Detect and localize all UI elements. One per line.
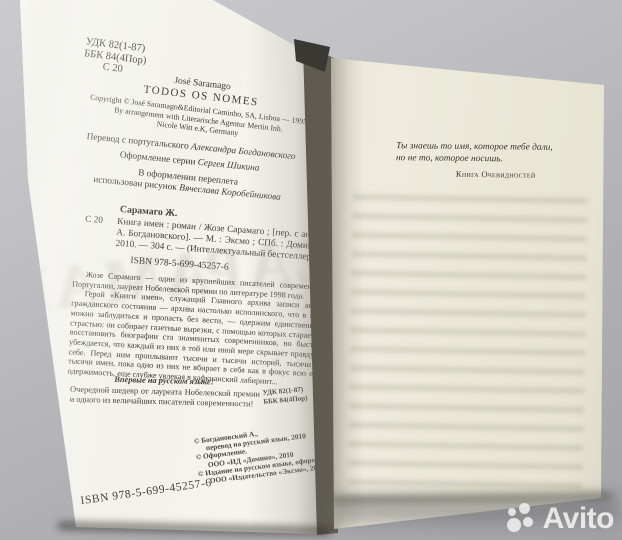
series-design-label: Оформление серии bbox=[119, 150, 198, 167]
book-photo-scene: САРАМАГО УДК 82(1-87) ББК 84(4Пор) С 20 … bbox=[0, 0, 622, 540]
isbn-bottom: ISBN 978-5-699-45257-6 bbox=[80, 477, 213, 507]
avito-wordmark: Avito bbox=[543, 504, 614, 534]
page-bleedthrough-lines bbox=[347, 194, 587, 504]
epigraph-line-2: но не то, которое носишь. bbox=[396, 153, 553, 166]
avito-circle-right bbox=[523, 517, 533, 527]
avito-circle-small bbox=[508, 508, 516, 516]
epigraph-block: Ты знаешь то имя, которое тебе дали, но … bbox=[396, 141, 553, 181]
epigraph-source: Книга Очевидностей bbox=[456, 169, 553, 182]
catalog-code: С 20 bbox=[83, 215, 117, 250]
epigraph-line-1: Ты знаешь то имя, которое тебе дали, bbox=[396, 141, 553, 154]
avito-circle-large bbox=[507, 518, 521, 532]
avito-logo-icon bbox=[507, 503, 537, 534]
avito-circle-medium bbox=[519, 503, 530, 514]
slogan-masterpiece: Очередной шедевр от лауреата Нобелевской… bbox=[70, 385, 260, 410]
avito-watermark: Avito bbox=[507, 503, 614, 534]
right-page-gutter-shadow bbox=[330, 0, 364, 540]
